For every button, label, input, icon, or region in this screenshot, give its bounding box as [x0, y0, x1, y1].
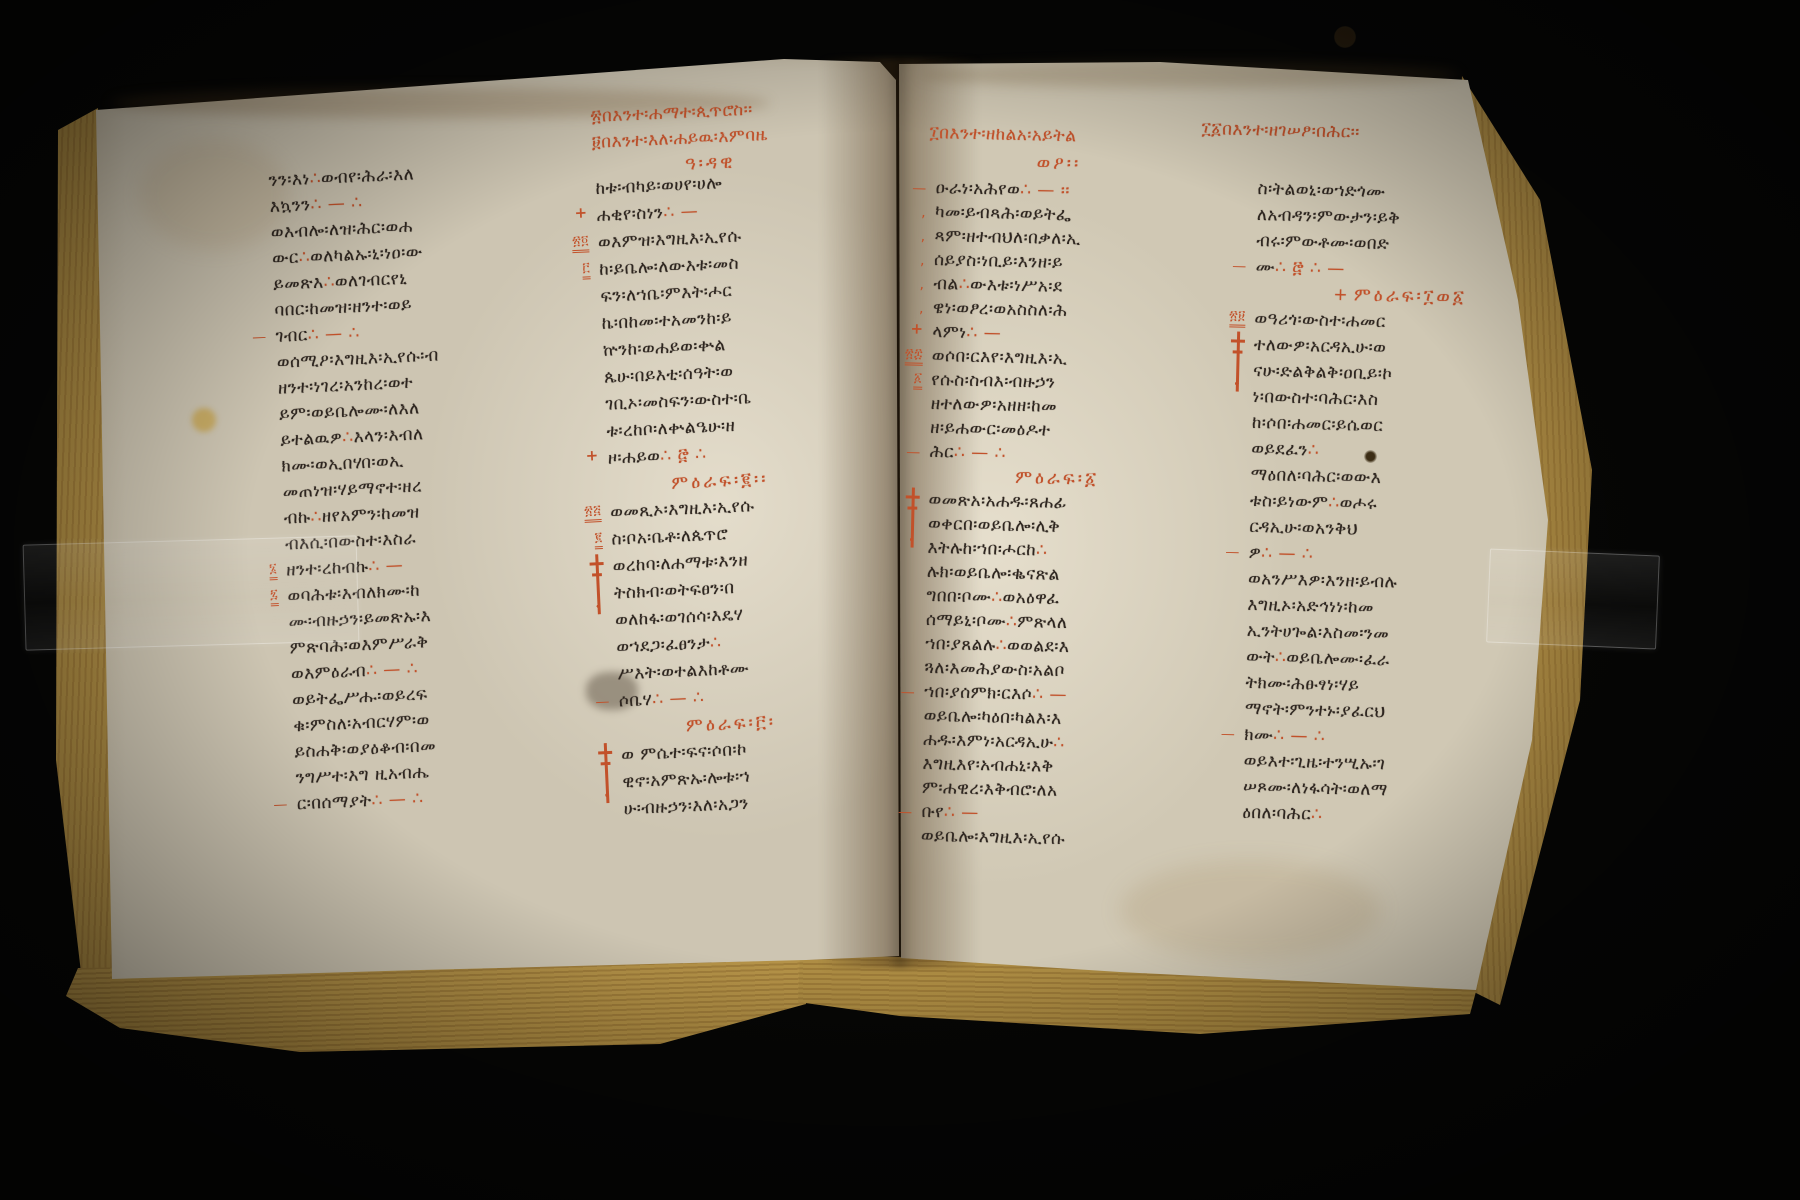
- text-run: ሕር: [930, 442, 955, 463]
- text-run: ይተልዉዎ: [280, 428, 343, 451]
- text-run: ሶቤሃ: [618, 690, 652, 711]
- text-run: ትስክብ፡ወትፍፀን፡በ: [614, 578, 735, 603]
- text-run: ዎ: [1249, 543, 1262, 563]
- text-run: ወይደፈን: [1251, 439, 1308, 460]
- text-run: ም፡ሐዊረ፡እቅብሮ፡ለአ: [922, 778, 1058, 801]
- text-run: ምጽላለ: [1017, 612, 1068, 633]
- text-run: ነ፡በውስተ፡ባሕር፡እስ: [1252, 387, 1378, 410]
- text-run: ብል: [933, 274, 959, 295]
- rubric-text: ∴: [1308, 440, 1320, 460]
- text-run: ከ፡ሶበ፡ሐመር፡ይሴወር: [1252, 413, 1384, 436]
- text-run: ወይትፌሥሑ፡ወይረፍ: [292, 684, 428, 710]
- text-run: ወይቤሎሙ፡ፈራ: [1286, 648, 1390, 671]
- text-run: ትክሙ፡ሕፁፃነ፡ሃይ: [1245, 673, 1359, 696]
- foxing-stain: [140, 140, 290, 250]
- text-run: ኬ፡በከመ፡ተአመንከ፡ይ: [601, 308, 732, 334]
- text-run: እግዚኦ፡አድኅነነ፡ከመ: [1247, 595, 1374, 618]
- rubric-text: ∴: [1328, 493, 1340, 513]
- edge-browning: [920, 62, 1460, 88]
- text-run: ወኀደጋ፡ፈፀንታ: [616, 633, 711, 657]
- rubric-text: ∴ ፸ ∴ —: [1275, 257, 1345, 279]
- text-run: ወዓሪጎ፡ውስተ፡ሐመር: [1254, 309, 1386, 332]
- text-run: ወብየ፡ሕራ፡እለ: [321, 164, 415, 188]
- text-run: ዕበለ፡ባሕር: [1242, 803, 1311, 825]
- rubric-text: ∴ — ∴: [954, 442, 1006, 463]
- rubric-text: ∴ — ∴: [652, 688, 705, 710]
- rubric-text: ∴: [310, 507, 322, 527]
- margin-numeral: ፳፭: [584, 504, 602, 523]
- text-run: ኀበ፡ያሰምክ፡ርእሶ: [924, 682, 1032, 704]
- manuscript-photo: ፳በእንተ፡ሐማተ፡ጲጥሮስ፡፡፱በእንተ፡እለ፡ሐይዉ፡እምባዜዓ፡ዳዊ ንን…: [0, 0, 1800, 1200]
- margin-numeral: ፳፱: [1229, 309, 1246, 327]
- margin-numeral: ፫: [582, 261, 591, 279]
- rubric-text: ∴: [298, 247, 310, 267]
- text-run: ሐዱ፡እምነ፡አርዳኢሁ: [923, 730, 1054, 753]
- text-run: የሱስ፡ስብእ፡ብዙኃን: [931, 370, 1056, 393]
- text-run: ከ፡ይቤሎ፡ለውእቱ፡መስ: [599, 254, 740, 280]
- rubric-text: ∴: [1036, 540, 1048, 560]
- text-run: ሐቂየ፡ስነን: [596, 203, 663, 226]
- ornamental-cross-icon: [905, 487, 920, 547]
- foxing-stain: [1120, 860, 1380, 960]
- text-run: ውእቱ፡ነሥአ፡ደ: [970, 275, 1063, 297]
- rubric-text: ∴ —: [966, 323, 1001, 344]
- rubric-text: +: [1333, 285, 1354, 305]
- text-run: ይመጽእ: [273, 273, 324, 295]
- text-run: ቡየ: [921, 802, 944, 823]
- margin-numeral: ፪: [594, 531, 602, 549]
- text-run: ሙ: [1256, 257, 1276, 277]
- text-run: ሉክ፡ወይቤሎ፡ቈናጽል: [927, 562, 1060, 585]
- text-run: ውት: [1246, 647, 1275, 668]
- margin-mark: —: [898, 805, 913, 819]
- text-run: ይም፡ወይቤሎሙ፡ለእለ: [279, 398, 420, 424]
- text-run: ሠጾሙ፡ለነፋሳት፡ወለማ: [1243, 777, 1388, 801]
- chapter-heading: ምዕራፍ፡፫፡: [686, 711, 777, 736]
- rubric-text: ∴ — ∴: [310, 193, 363, 215]
- text-run: ካመ፡ይብጻሕ፡ወይትፌ: [935, 202, 1072, 225]
- ornamental-cross-icon: [589, 554, 606, 615]
- ornamental-cross-icon: [598, 743, 615, 804]
- text-run: መጠነዝ፡ሃይማኖተ፡ዘረ: [282, 476, 422, 502]
- rubric-text: ∴: [991, 587, 1003, 607]
- margin-mark: ,: [921, 206, 926, 220]
- text-run: ወአዕዋፈ: [1002, 588, 1059, 609]
- margin-numeral: ፩: [914, 372, 923, 390]
- text-run: ዘ፡ይሐውር፡መዕዶተ: [930, 418, 1051, 441]
- text-run: ለአብዳን፡ምውታን፡ይቅ: [1257, 205, 1401, 228]
- text-run: እላን፡እብለ: [353, 424, 424, 447]
- margin-numeral: ፳፬: [572, 234, 589, 253]
- text-run: ወይእተ፡ጊዜ፡ተንሢኡ፡ገ: [1243, 751, 1385, 774]
- chapter-heading: ወዖ፡፡: [1037, 152, 1082, 174]
- rubric-text: ∴ — ፡፡: [1020, 180, 1070, 201]
- margin-mark: —: [252, 330, 267, 345]
- text-run: ዌነ፡ወፆረ፡ወአስስለ፡ሕ: [933, 298, 1068, 321]
- small-cross-icon: +: [585, 448, 599, 463]
- text-run: ወሶበ፡ርእየ፡እግዚእ፡ኢ: [932, 346, 1068, 369]
- rubric-text: ∴ ፸ ∴: [660, 444, 707, 466]
- book-weight-strip-right: [1486, 548, 1660, 649]
- rubric-text: ፲በእንተ፡ዘከልአ፡አይትል: [929, 123, 1076, 146]
- text-run: ውር: [272, 248, 300, 269]
- rubric-text: ∴ — ∴: [307, 323, 360, 345]
- text-run: ር፡በሰማያት: [296, 791, 372, 814]
- text-run: ክሙ፡ወኢበሃበ፡ወኢ: [281, 451, 404, 477]
- text-run: ግበበ፡ቦሙ: [926, 586, 991, 607]
- text-run: ስ፡ቦአ፡ቤቶ፡ለጴጥሮ: [611, 524, 729, 549]
- text-run: ፍን፡ለኀቤ፡ምእት፡ሖር: [600, 281, 733, 307]
- text-run: ዑራነ፡አሕየወ: [936, 178, 1021, 200]
- margin-mark: —: [1225, 545, 1240, 559]
- text-run: ክሙ: [1244, 725, 1273, 746]
- text-run: ማኖት፡ምንተኑ፡ያፈርህ: [1245, 699, 1386, 722]
- text-run: እትሉከ፡ኀበ፡ሖርከ: [927, 538, 1036, 560]
- yellow-stain: [192, 408, 216, 432]
- chapter-heading: ምዕራፍ፡፲ወ፩: [1354, 284, 1467, 308]
- text-run: ወመጽአ፡አሐዱ፡ጸሐፊ: [928, 490, 1067, 513]
- rubric-text: ∴ —: [368, 555, 404, 577]
- small-cross-icon: +: [574, 205, 588, 220]
- text-run: ቱስ፡ይነውም: [1250, 491, 1329, 513]
- rubric-text: ∴ — ∴: [1261, 543, 1313, 564]
- text-run: ጴሁ፡በይእቲ፡ሰዓት፡ወ: [604, 362, 734, 388]
- rubric-text: ∴ — ∴: [1273, 726, 1325, 747]
- rubric-text: ∴: [323, 272, 335, 292]
- text-run: ባበር፡ከመዝ፡ዘንተ፡ወይ: [274, 295, 412, 321]
- text-run: ወሖሩ: [1339, 493, 1377, 514]
- margin-mark: ,: [921, 230, 926, 244]
- text-run: ስ፡ትልወኒ፡ወኀድጎሙ: [1257, 179, 1385, 202]
- margin-mark: ,: [919, 302, 924, 316]
- text-run: ተለውዎ፡አርዳኢሁ፡ወ: [1254, 335, 1387, 358]
- text-run: ቁ፡ምስለ፡አብርሃም፡ወ: [293, 710, 430, 736]
- text-run: ወለገብርየኒ: [334, 269, 407, 292]
- text-run: ወቀርበ፡ወይቤሎ፡ሊቅ: [928, 514, 1060, 537]
- right-page-column2: ስ፡ትልወኒ፡ወኀድጎሙለአብዳን፡ምውታን፡ይቅብሩ፡ምውቶሙ፡ወበድ—ሙ∴ …: [1242, 176, 1548, 833]
- text-run: ማዕበለ፡ባሕር፡ወውእ: [1250, 465, 1381, 488]
- text-run: ወአንሥእዎ፡እንዘ፡ይብሉ: [1248, 569, 1398, 593]
- text-run: ቱ፡ረከቦ፡ለቍልዔሁ፡ዘ: [606, 416, 736, 442]
- text-run: ዘተለውዎ፡አዘዘ፡ከመ: [931, 394, 1058, 417]
- margin-mark: —: [901, 685, 916, 699]
- text-run: ኵንከ፡ወሐይወ፡ቍል: [602, 335, 726, 361]
- text-run: ንግሥተ፡እግ ዚአብሔ: [295, 762, 430, 788]
- rubric-text: ∴ —: [663, 201, 699, 223]
- text-run: ወይቤሎ፡ካዕበ፡ካልእ፡እ: [924, 706, 1062, 729]
- text-run: ወለካልኡ፡ኒ፡ነዐ፡ው: [310, 242, 423, 267]
- rubric-text: ∴: [1311, 804, 1323, 824]
- margin-mark: —: [1232, 259, 1247, 273]
- margin-mark: ,: [919, 278, 924, 292]
- text-run: ሥእት፡ወተልእከቶሙ: [617, 659, 749, 685]
- ornamental-cross-icon: [1230, 331, 1245, 391]
- rubric-text: ∴ —: [944, 802, 979, 823]
- text-run: ከቱ፡ብካይ፡ወሀየ፡ሀሎ: [595, 173, 723, 199]
- text-run: ወለከፋ፡ወገሰሳ፡እዴሃ: [615, 605, 744, 631]
- text-run: ወመጺኦ፡እግዚእ፡ኢየሱ: [610, 496, 755, 523]
- text-run: እግዚእየ፡አብሐኒ፡እቅ: [922, 754, 1053, 777]
- margin-mark: —: [1221, 727, 1236, 741]
- ink-hole-stain: [1334, 26, 1356, 48]
- text-run: ገቢኦ፡መስፍን፡ውስተ፡ቤ: [605, 388, 752, 415]
- text-run: ዊኖ፡አምጽኡ፡ሎቱ፡ኀ: [622, 767, 750, 793]
- chapter-heading: ምዕራፍ፡፩: [1015, 467, 1099, 490]
- rubric-text: ∴ — ∴: [371, 789, 424, 811]
- text-run: ወወልደ፡እ: [1007, 636, 1070, 657]
- rubric-text: ∴: [959, 275, 971, 295]
- margin-mark: —: [595, 695, 610, 710]
- rubric-text: ∴: [1053, 733, 1065, 753]
- rubric-text: ∴: [1275, 648, 1287, 668]
- text-run: ብሩ፡ምውቶሙ፡ወበድ: [1256, 231, 1389, 254]
- text-run: ዘንተ፡ነገረ፡አንከረ፡ወተ: [278, 373, 414, 399]
- rubric-text: ∴ — ∴: [366, 659, 419, 681]
- right-page-column1-header: ፲በእንተ፡ዘከልአ፡አይትልወዖ፡፡: [929, 120, 1190, 180]
- margin-numeral: ፳፰: [905, 347, 923, 365]
- text-run: ጻም፡ዘተብህለ፡በቃለ፡ኢ: [934, 226, 1081, 249]
- rubric-text: ፲፩በእንተ፡ዘገሠፆ፡በሕር፡፡: [1201, 119, 1360, 143]
- text-run: ወእብሎ፡ለዝ፡ሕር፡ወሐ: [270, 217, 413, 243]
- text-run: ሰማይኒ፡ቦሙ: [926, 610, 1007, 632]
- text-run: ዘየአምን፡ከመዝ: [321, 502, 420, 526]
- text-run: ወእምዝ፡እግዚእ፡ኢየሱ: [598, 226, 742, 252]
- text-run: ንን፡እነ: [268, 169, 310, 191]
- margin-mark: —: [912, 181, 927, 195]
- rubric-text: ∴: [996, 635, 1008, 655]
- text-run: ሰይያስ፡ነቢይ፡እንዘ፡ይ: [934, 250, 1063, 273]
- chapter-heading: ምዕራፍ፡፪፡፡: [671, 468, 769, 493]
- text-run: ርዳኢሁ፡ወአንቅህ: [1249, 517, 1358, 540]
- text-run: ይስሐቅ፡ወያዕቆብ፡በመ: [294, 736, 436, 762]
- text-run: ብኩ: [283, 507, 311, 528]
- text-run: ጓለ፡እመሕያውስ፡አልቦ: [925, 658, 1065, 681]
- text-run: ገብር: [275, 325, 308, 346]
- rubric-text: ∴ —: [1032, 684, 1067, 705]
- text-run: ላምነ: [932, 322, 966, 343]
- text-run: ኢንትሀጐል፡እስመ፡ንመ: [1247, 621, 1390, 644]
- text-run: ዞ፡ሐይወ: [607, 446, 660, 468]
- text-run: ሁ፡ብዙኃን፡እለ፡አጋን: [623, 794, 749, 820]
- text-run: ኀበ፡ያጸልሉ: [925, 634, 996, 656]
- text-run: ናሁ፡ድልቅልቅ፡ዐቢይ፡ኮ: [1253, 361, 1393, 384]
- text-run: ወእምዕራብ: [291, 661, 367, 684]
- text-run: ወ ምሴተ፡ፍና፡ሶበ፡ኮ: [621, 740, 747, 766]
- small-cross-icon: +: [910, 321, 923, 335]
- text-run: ወይቤሎ፡እግዚእ፡ኢየሱ: [921, 826, 1066, 849]
- right-page-column1: —ዑራነ፡አሕየወ∴ — ፡፡,ካመ፡ይብጻሕ፡ወይትፌ,ጻም፡ዘተብህለ፡በቃ…: [921, 176, 1192, 854]
- margin-mark: ,: [920, 254, 925, 268]
- left-page-column1: ንን፡እነ∴ወብየ፡ሕራ፡እለእኳንን∴ — ∴ወእብሎ፡ለዝ፡ሕር፡ወሐውር∴…: [268, 156, 572, 818]
- rubric-text: ∴: [710, 633, 722, 653]
- text-run: ወረከባ፡ለሐማቱ፡እንዘ: [612, 550, 748, 576]
- text-run: እኳንን: [269, 195, 311, 217]
- left-page-column2: ከቱ፡ብካይ፡ወሀየ፡ሀሎ+ሐቂየ፡ስነን∴ —፳፬ወእምዝ፡እግዚእ፡ኢየሱ፫…: [595, 166, 846, 823]
- book-weight-strip-left: [23, 535, 360, 650]
- rubric-text: ∴: [309, 169, 321, 189]
- margin-mark: —: [273, 798, 288, 813]
- margin-mark: —: [906, 445, 921, 459]
